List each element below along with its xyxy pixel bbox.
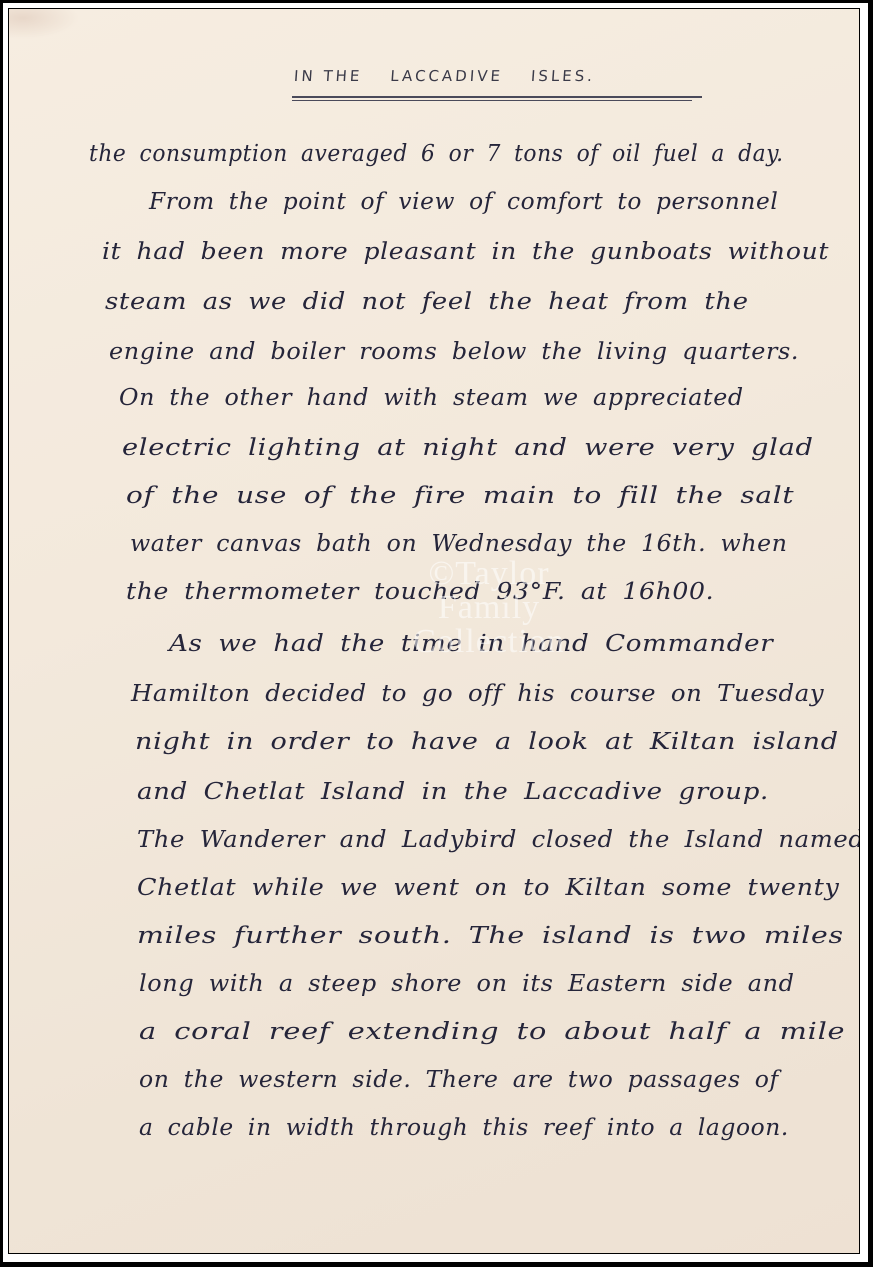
- handwritten-line: engine and boiler rooms below the living…: [109, 339, 799, 365]
- handwritten-line: The Wanderer and Ladybird closed the Isl…: [137, 827, 860, 853]
- handwritten-line: a coral reef extending to about half a m…: [139, 1019, 845, 1045]
- handwritten-line: Hamilton decided to go off his course on…: [131, 681, 824, 707]
- handwritten-line: water canvas bath on Wednesday the 16th.…: [130, 531, 788, 557]
- handwritten-line: a cable in width through this reef into …: [139, 1115, 789, 1141]
- handwritten-line: the consumption averaged 6 or 7 tons of …: [89, 141, 784, 167]
- handwritten-line: night in order to have a look at Kiltan …: [135, 729, 839, 755]
- handwritten-body: the consumption averaged 6 or 7 tons of …: [9, 9, 859, 1253]
- handwritten-line: From the point of view of comfort to per…: [149, 189, 778, 215]
- handwritten-line: on the western side. There are two passa…: [139, 1067, 779, 1093]
- handwritten-line: steam as we did not feel the heat from t…: [105, 289, 749, 315]
- handwritten-line: Chetlat while we went on to Kiltan some …: [137, 875, 840, 901]
- handwritten-line: it had been more pleasant in the gunboat…: [102, 239, 829, 265]
- handwritten-line: miles further south. The island is two m…: [137, 923, 844, 949]
- handwritten-line: and Chetlat Island in the Laccadive grou…: [137, 779, 769, 805]
- handwritten-line: On the other hand with steam we apprecia…: [119, 385, 744, 411]
- handwritten-line: As we had the time in hand Commander: [169, 631, 773, 657]
- paper-page: IN THELACCADIVEISLES. the consumption av…: [8, 8, 860, 1254]
- page-frame: IN THELACCADIVEISLES. the consumption av…: [0, 0, 873, 1267]
- handwritten-line: of the use of the fire main to fill the …: [126, 483, 794, 509]
- handwritten-line: the thermometer touched 93°F. at 16h00.: [126, 579, 714, 605]
- handwritten-line: long with a steep shore on its Eastern s…: [139, 971, 795, 997]
- handwritten-line: electric lighting at night and were very…: [122, 435, 814, 461]
